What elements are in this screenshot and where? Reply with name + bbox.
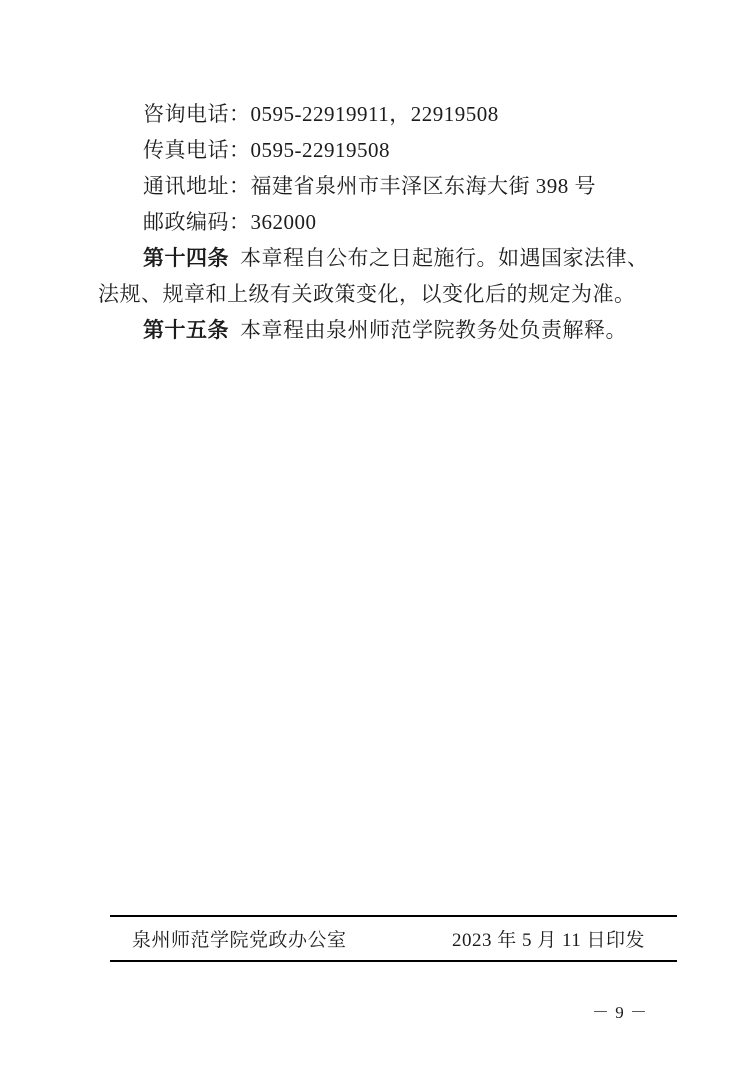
contact-value: 福建省泉州市丰泽区东海大街 398 号 <box>251 174 597 198</box>
contact-value: 0595-22919508 <box>251 138 391 162</box>
print-date: 2023 年 5 月 11 日印发 <box>452 925 645 952</box>
article-14-text: 本章程自公布之日起施行。如遇国家法律、 <box>240 246 649 270</box>
contact-line-address: 通讯地址：福建省泉州市丰泽区东海大街 398 号 <box>98 168 658 204</box>
issuing-office: 泉州师范学院党政办公室 <box>132 925 347 952</box>
contact-label: 邮政编码： <box>143 210 251 234</box>
document-page: 咨询电话：0595-22919911，22919508 传真电话：0595-22… <box>0 0 755 1072</box>
article-14-number: 第十四条 <box>143 246 229 270</box>
article-15-text: 本章程由泉州师范学院教务处负责解释。 <box>240 318 627 342</box>
colophon-bottom-rule <box>110 960 677 962</box>
article-14-text-continued: 法规、规章和上级有关政策变化，以变化后的规定为准。 <box>98 282 636 306</box>
contact-line-postcode: 邮政编码：362000 <box>98 204 658 240</box>
contact-line-phone: 咨询电话：0595-22919911，22919508 <box>98 96 658 132</box>
contact-line-fax: 传真电话：0595-22919508 <box>98 132 658 168</box>
article-15-line: 第十五条本章程由泉州师范学院教务处负责解释。 <box>98 312 658 348</box>
document-body: 咨询电话：0595-22919911，22919508 传真电话：0595-22… <box>98 96 658 348</box>
contact-label: 传真电话： <box>143 138 251 162</box>
colophon-row: 泉州师范学院党政办公室 2023 年 5 月 11 日印发 <box>110 917 677 960</box>
article-14-first-line: 第十四条本章程自公布之日起施行。如遇国家法律、 <box>98 240 658 276</box>
article-14-continuation-line: 法规、规章和上级有关政策变化，以变化后的规定为准。 <box>98 276 658 312</box>
contact-label: 通讯地址： <box>143 174 251 198</box>
article-15-number: 第十五条 <box>143 318 229 342</box>
colophon: 泉州师范学院党政办公室 2023 年 5 月 11 日印发 <box>110 915 677 962</box>
contact-label: 咨询电话： <box>143 102 251 126</box>
contact-value: 0595-22919911，22919508 <box>251 102 499 126</box>
contact-value: 362000 <box>251 210 317 234</box>
page-number: － 9 － <box>555 998 685 1023</box>
